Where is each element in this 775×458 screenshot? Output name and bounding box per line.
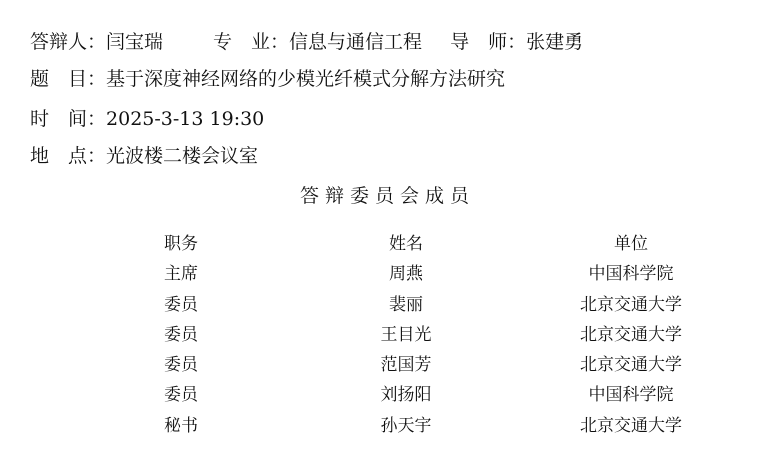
affiliation-cell: 中国科学院: [589, 380, 674, 410]
committee-table: 职务 姓名 单位 主席 周燕 中国科学院 委员 裴丽 北京交通大学 委员 王目光…: [0, 229, 775, 441]
role-cell: 委员: [164, 350, 198, 380]
advisor-label: 导 师：: [450, 27, 526, 57]
name-cell: 范国芳: [381, 350, 432, 380]
defender-name: 闫宝瑞: [106, 27, 163, 57]
name-cell: 孙天宇: [381, 411, 432, 441]
column-header-role: 职务: [164, 229, 198, 259]
role-cell: 秘书: [164, 411, 198, 441]
role-cell: 主席: [164, 259, 198, 289]
name-cell: 刘扬阳: [381, 380, 432, 410]
topic-line: 题 目： 基于深度神经网络的少模光纤模式分解方法研究: [30, 64, 505, 94]
topic-label: 题 目：: [30, 64, 106, 94]
table-row: 主席 周燕 中国科学院: [0, 259, 775, 289]
time-label: 时 间：: [30, 104, 106, 134]
table-row: 委员 范国芳 北京交通大学: [0, 350, 775, 380]
name-cell: 王目光: [381, 320, 432, 350]
time-value: 2025-3-13 19:30: [106, 104, 264, 134]
affiliation-cell: 中国科学院: [589, 259, 674, 289]
affiliation-cell: 北京交通大学: [580, 411, 682, 441]
major-value: 信息与通信工程: [289, 27, 422, 57]
name-cell: 裴丽: [389, 290, 423, 320]
place-label: 地 点：: [30, 141, 106, 171]
topic-value: 基于深度神经网络的少模光纤模式分解方法研究: [106, 64, 505, 94]
affiliation-cell: 北京交通大学: [580, 290, 682, 320]
role-cell: 委员: [164, 380, 198, 410]
advisor-name: 张建勇: [526, 27, 583, 57]
place-value: 光波楼二楼会议室: [106, 141, 258, 171]
committee-title: 答辩委员会成员: [0, 181, 775, 208]
table-row: 委员 裴丽 北京交通大学: [0, 290, 775, 320]
table-row: 委员 刘扬阳 中国科学院: [0, 380, 775, 410]
name-cell: 周燕: [389, 259, 423, 289]
column-header-affiliation: 单位: [614, 229, 648, 259]
time-line: 时 间： 2025-3-13 19:30: [30, 104, 264, 134]
major-label: 专 业：: [213, 27, 289, 57]
table-header-row: 职务 姓名 单位: [0, 229, 775, 259]
table-row: 委员 王目光 北京交通大学: [0, 320, 775, 350]
affiliation-cell: 北京交通大学: [580, 350, 682, 380]
affiliation-cell: 北京交通大学: [580, 320, 682, 350]
defender-label: 答辩人：: [30, 27, 106, 57]
role-cell: 委员: [164, 290, 198, 320]
role-cell: 委员: [164, 320, 198, 350]
column-header-name: 姓名: [389, 229, 423, 259]
table-row: 秘书 孙天宇 北京交通大学: [0, 411, 775, 441]
place-line: 地 点： 光波楼二楼会议室: [30, 141, 258, 171]
defender-line: 答辩人： 闫宝瑞 专 业： 信息与通信工程 导 师： 张建勇: [30, 27, 583, 57]
